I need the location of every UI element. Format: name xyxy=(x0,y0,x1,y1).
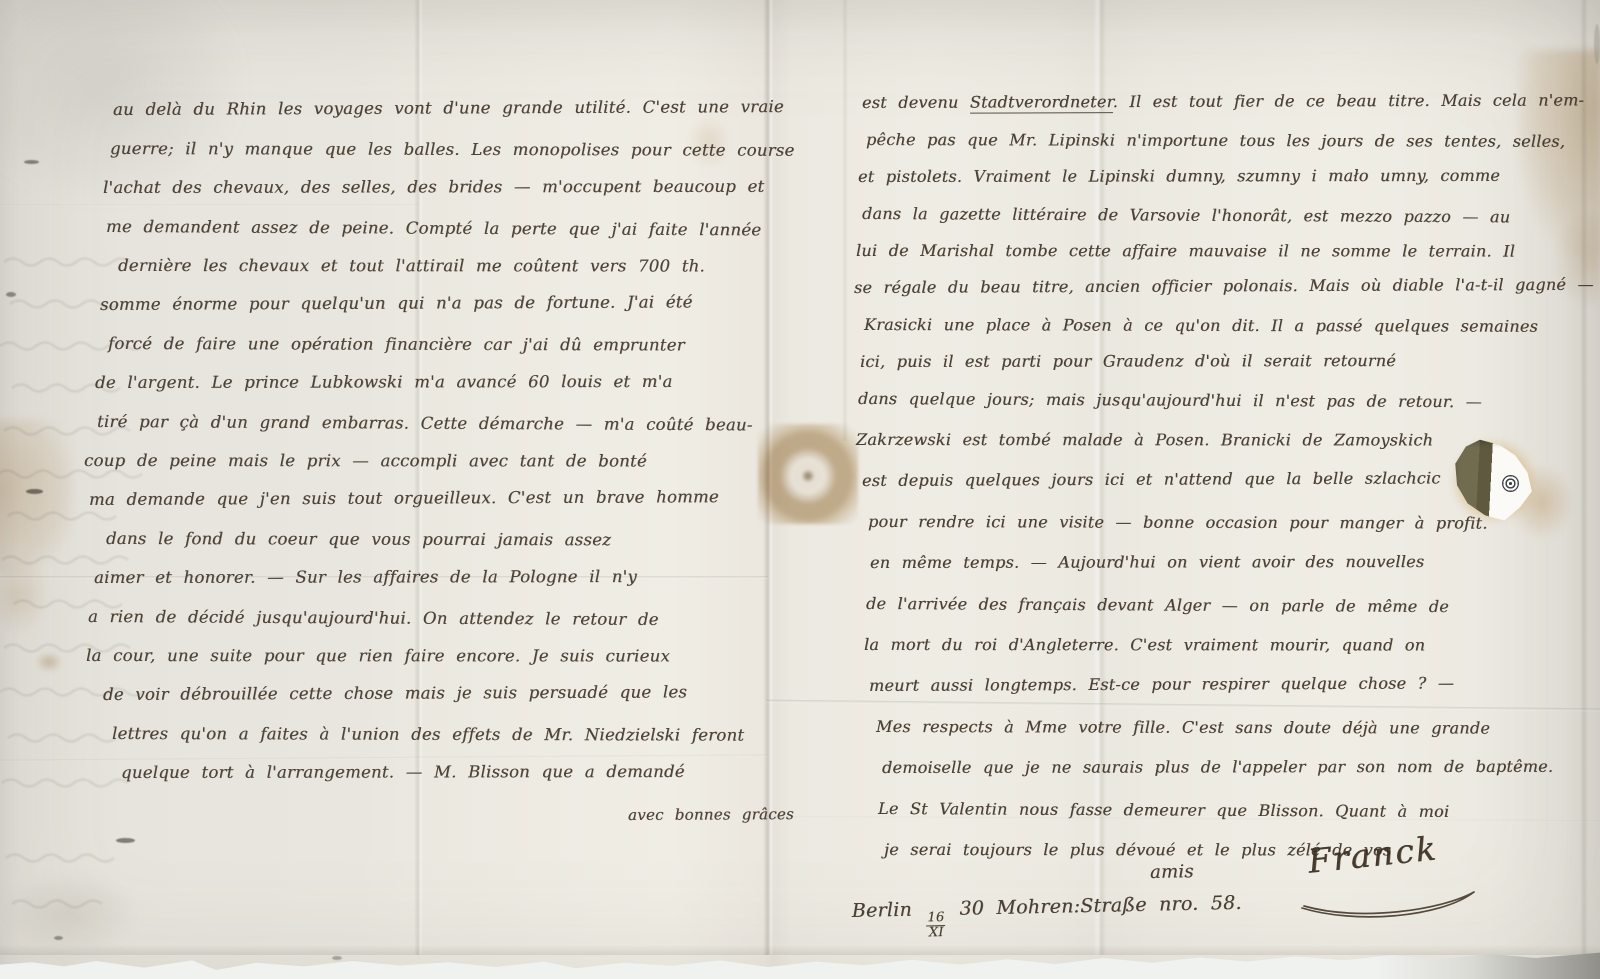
handwriting-line: Mes respects à Mme votre fille. C'est sa… xyxy=(876,717,1490,738)
signature-flourish xyxy=(1292,880,1492,926)
handwriting-fragment: avec bonnes grâces xyxy=(628,805,794,824)
underlined-word: Stadtverordneter xyxy=(970,92,1113,113)
date-fraction: 16XI xyxy=(926,911,945,940)
ink-speck xyxy=(26,489,43,494)
handwriting-line: de voir débrouillée cette chose mais je … xyxy=(103,682,687,704)
handwriting-line: en même temps. — Aujourd'hui on vient av… xyxy=(870,552,1424,572)
dateline: Berlin 16XI 30 Mohren:Straße nro. 58. xyxy=(852,892,1243,941)
handwriting-line: est depuis quelques jours ici et n'atten… xyxy=(862,468,1441,490)
date-month: XI xyxy=(927,925,946,940)
handwriting-line: la cour, une suite pour que rien faire e… xyxy=(86,646,670,666)
handwriting-line: lui de Marishal tombe cette affaire mauv… xyxy=(856,241,1515,261)
fold-crease-horizontal xyxy=(0,204,420,206)
fold-crease-center-double xyxy=(842,0,848,441)
handwriting-line: de l'arrivée des français devant Alger —… xyxy=(866,594,1449,616)
edge-stain-left-2 xyxy=(0,558,48,633)
letter-photograph: au delà du Rhin les voyages vont d'une g… xyxy=(0,0,1600,979)
handwriting-line: demoiselle que je ne saurais plus de l'a… xyxy=(882,757,1553,777)
seal-remnant-icon xyxy=(1502,475,1519,492)
handwriting-line: Krasicki une place à Posen à ce qu'on di… xyxy=(864,315,1538,336)
fold-crease-right-edge xyxy=(1580,0,1588,955)
handwriting-line: l'achat des chevaux, des selles, des bri… xyxy=(103,177,764,197)
handwriting-line: ma demande que j'en suis tout orgueilleu… xyxy=(89,487,719,509)
edge-stain-left xyxy=(0,420,72,575)
handwriting-line: meurt aussi longtemps. Est-ce pour respi… xyxy=(869,673,1454,695)
fold-crease-horizontal xyxy=(766,700,1600,712)
corner-cast-bottom-left xyxy=(6,876,136,951)
handwriting-line: se régale du beau titre, ancien officier… xyxy=(854,275,1594,297)
ink-speck xyxy=(24,160,39,164)
handwriting-line: aimer et honorer. — Sur les affaires de … xyxy=(94,567,637,587)
handwriting-line: dernière les chevaux et tout l'attirail … xyxy=(118,256,705,276)
fold-crease-horizontal xyxy=(0,754,768,761)
handwriting-line: lettres qu'on a faites à l'union des eff… xyxy=(112,724,744,745)
ink-speck xyxy=(116,838,135,843)
handwriting-line: dans quelque jours; mais jusqu'aujourd'h… xyxy=(858,389,1482,411)
handwriting-line: de l'argent. Le prince Lubkowski m'a ava… xyxy=(95,372,673,392)
handwriting-line: dans la gazette littéraire de Varsovie l… xyxy=(862,204,1510,226)
closing-word: amis xyxy=(1150,861,1194,883)
dateline-street: Mohren:Straße nro. 58. xyxy=(996,892,1242,919)
ink-speck xyxy=(6,292,16,297)
handwriting-line: guerre; il n'y manque que les balles. Le… xyxy=(110,139,795,160)
ink-speck xyxy=(1594,24,1600,64)
handwriting-line: a rien de décidé jusqu'aujourd'hui. On a… xyxy=(88,607,659,629)
corner-stain-top-right xyxy=(1518,50,1600,255)
line-segment: . Il est tout fier de ce beau titre. Mai… xyxy=(1113,90,1585,111)
date-day: 16 xyxy=(927,911,944,925)
ink-speck xyxy=(54,936,63,940)
handwriting-line: et pistolets. Vraiment le Lipinski dumny… xyxy=(858,166,1500,186)
ink-speck xyxy=(332,956,342,960)
handwriting-line: dans le fond du coeur que vous pourrai j… xyxy=(106,529,611,549)
signature: Franck xyxy=(1306,829,1439,881)
handwriting-line: Le St Valentin nous fasse demeurer que B… xyxy=(878,799,1449,821)
handwriting-line: Zakrzewski est tombé malade à Posen. Bra… xyxy=(856,430,1433,450)
paper-edge-shadow xyxy=(0,945,1600,955)
handwriting-line: tiré par çà d'un grand embarras. Cette d… xyxy=(97,412,753,434)
torn-hole xyxy=(1450,438,1538,524)
line-segment: est devenu xyxy=(862,93,970,112)
date-year: 30 xyxy=(959,897,984,920)
dateline-city: Berlin xyxy=(852,899,913,922)
handwriting-line: quelque tort à l'arrangement. — M. Bliss… xyxy=(121,762,685,782)
handwriting-line: pêche pas que Mr. Lipinski n'importune t… xyxy=(866,130,1565,151)
wax-seal-stain xyxy=(758,424,858,524)
handwriting-line: forcé de faire une opération financière … xyxy=(108,334,685,355)
handwriting-line: somme énorme pour quelqu'un qui n'a pas … xyxy=(100,292,693,314)
handwriting-line: coup de peine mais le prix — accompli av… xyxy=(84,451,647,470)
handwriting-line: au delà du Rhin les voyages vont d'une g… xyxy=(113,97,784,119)
handwriting-line: la mort du roi d'Angleterre. C'est vraim… xyxy=(864,635,1425,654)
handwriting-line: pour rendre ici une visite — bonne occas… xyxy=(868,512,1488,533)
handwriting-line: me demandent assez de peine. Compté la p… xyxy=(106,217,761,239)
handwriting-line: ici, puis il est parti pour Graudenz d'o… xyxy=(860,351,1396,371)
table-surface xyxy=(0,949,1600,979)
spot-stain xyxy=(36,652,62,672)
handwriting-line: est devenu Stadtverordneter. Il est tout… xyxy=(862,90,1584,112)
